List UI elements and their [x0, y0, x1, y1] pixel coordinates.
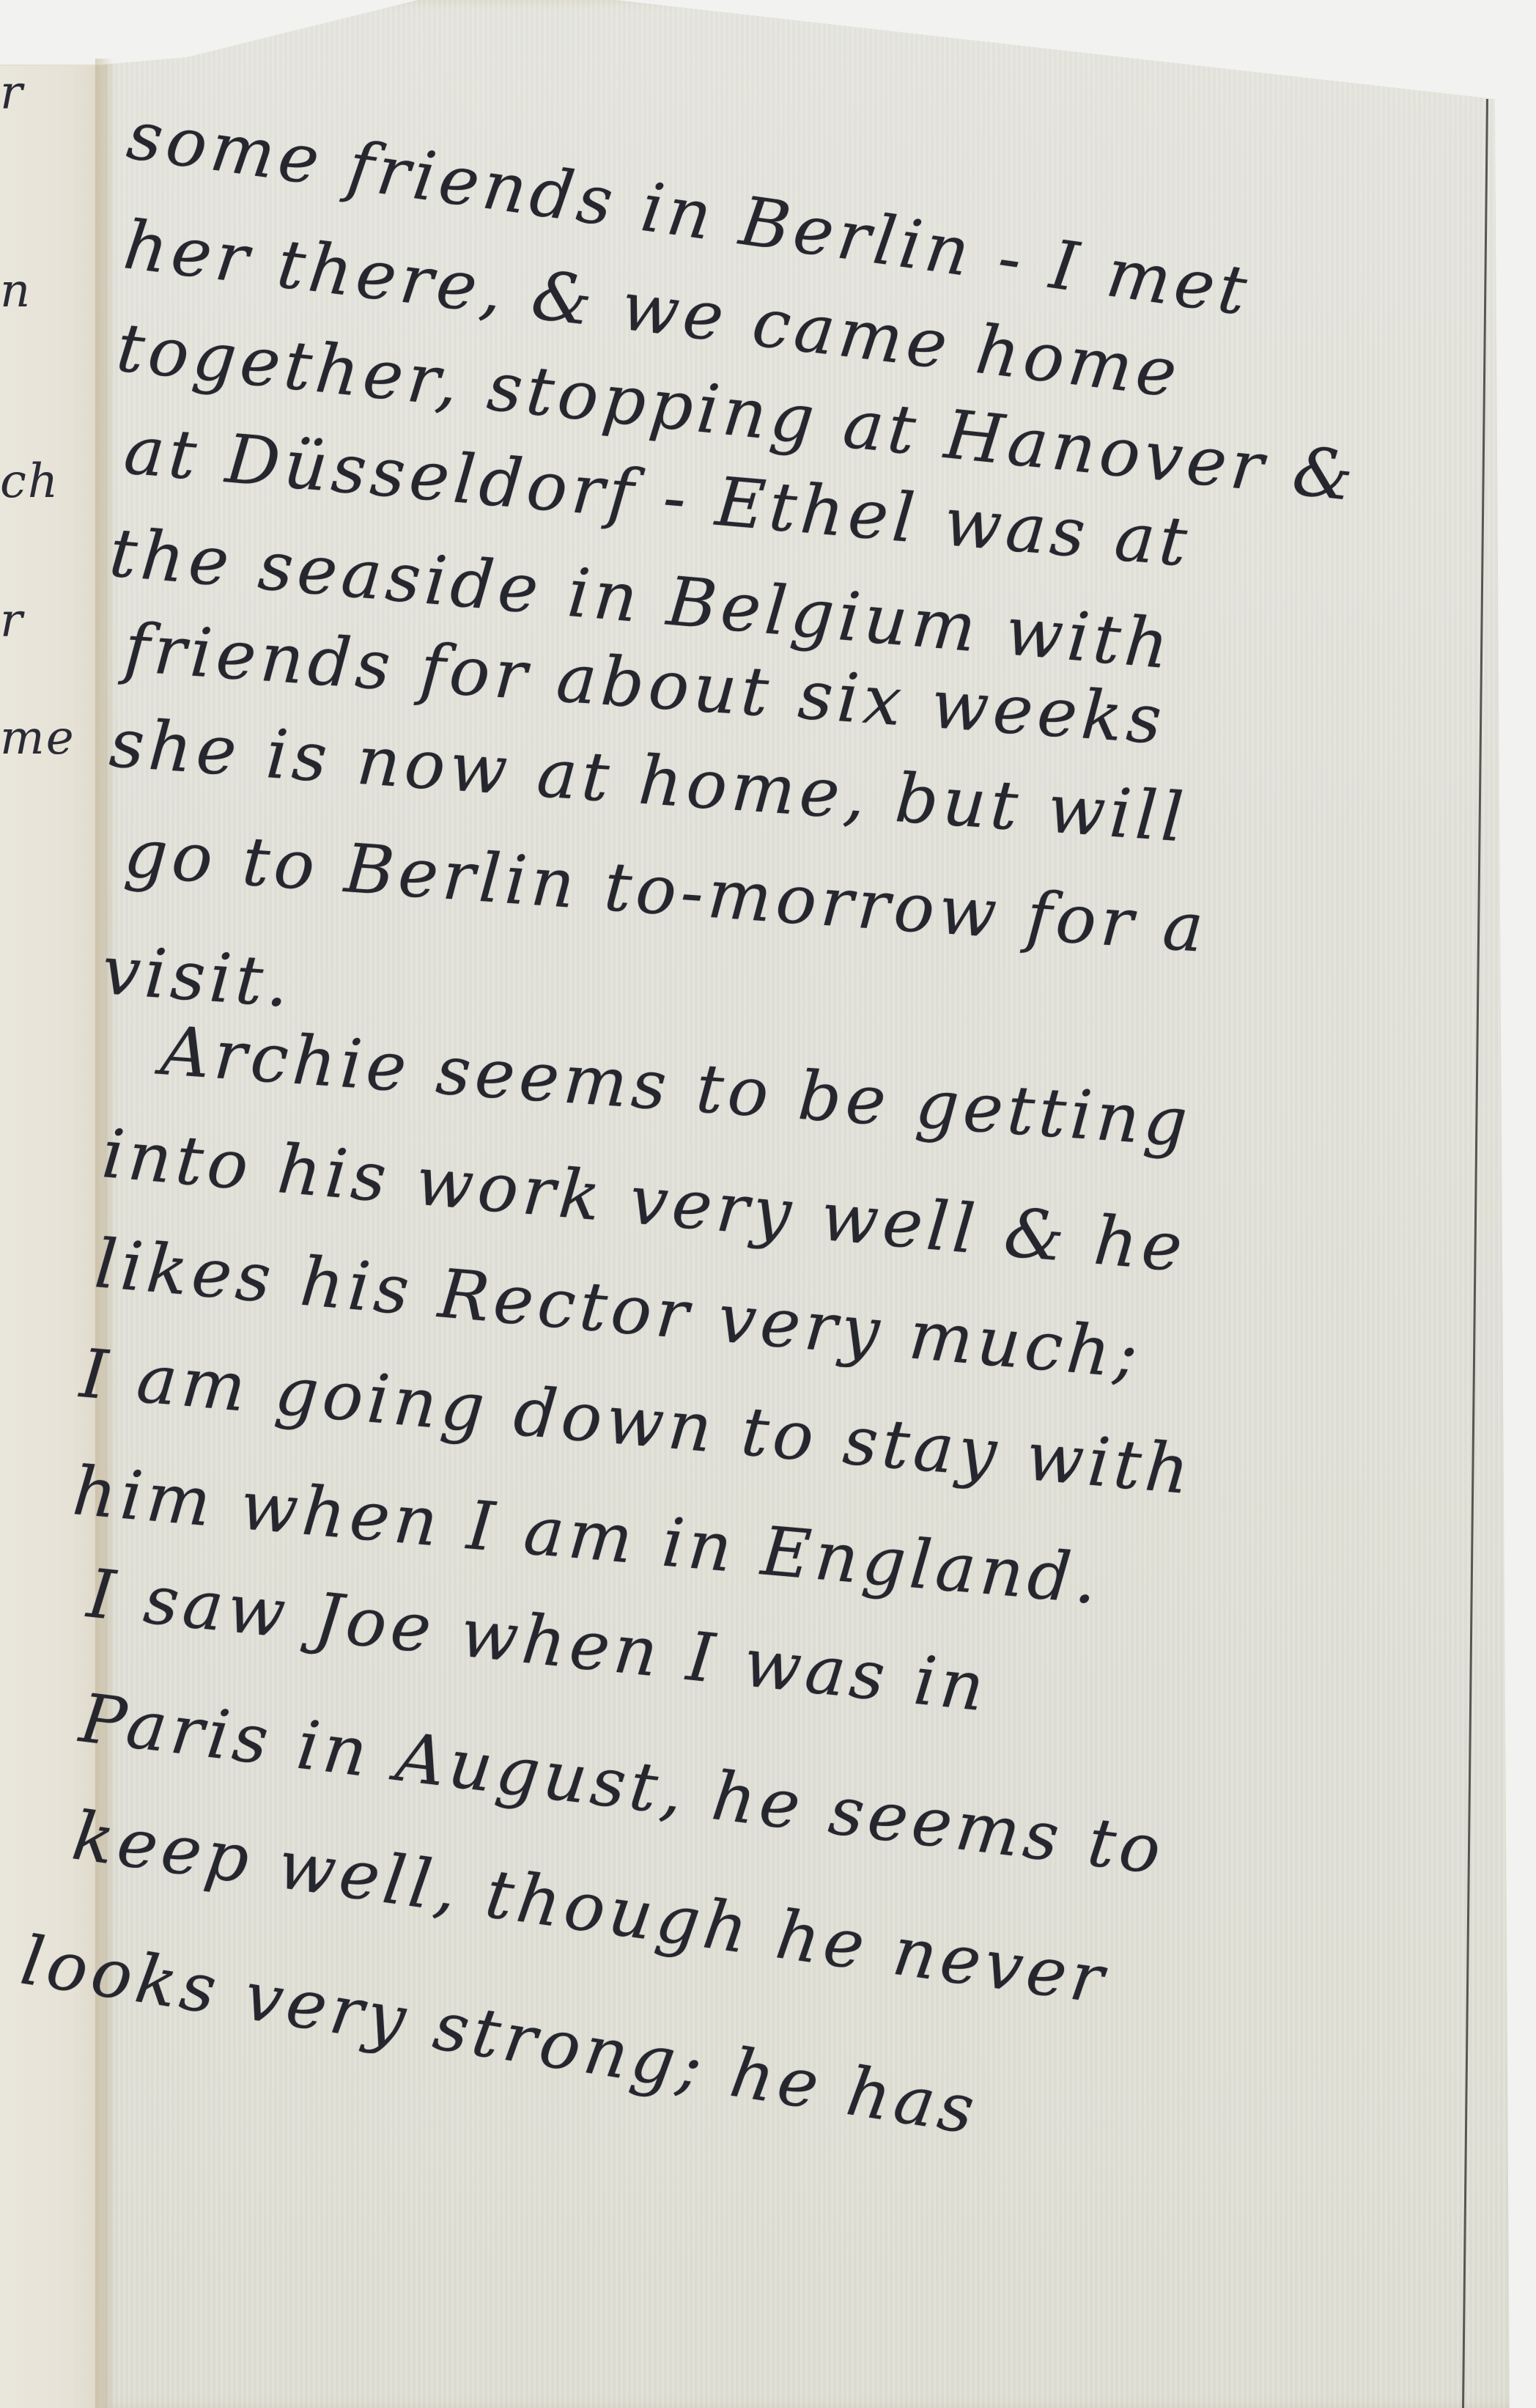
letter-line-9: visit.: [100, 931, 295, 1023]
left-page-fragment: me: [0, 711, 75, 765]
left-page-fragment: n: [0, 264, 32, 318]
left-page-fragment: r: [0, 66, 24, 120]
left-folded-page: r n ch r me: [0, 65, 103, 2408]
left-page-fragment: ch: [0, 454, 59, 509]
left-page-fragment: r: [0, 594, 24, 648]
